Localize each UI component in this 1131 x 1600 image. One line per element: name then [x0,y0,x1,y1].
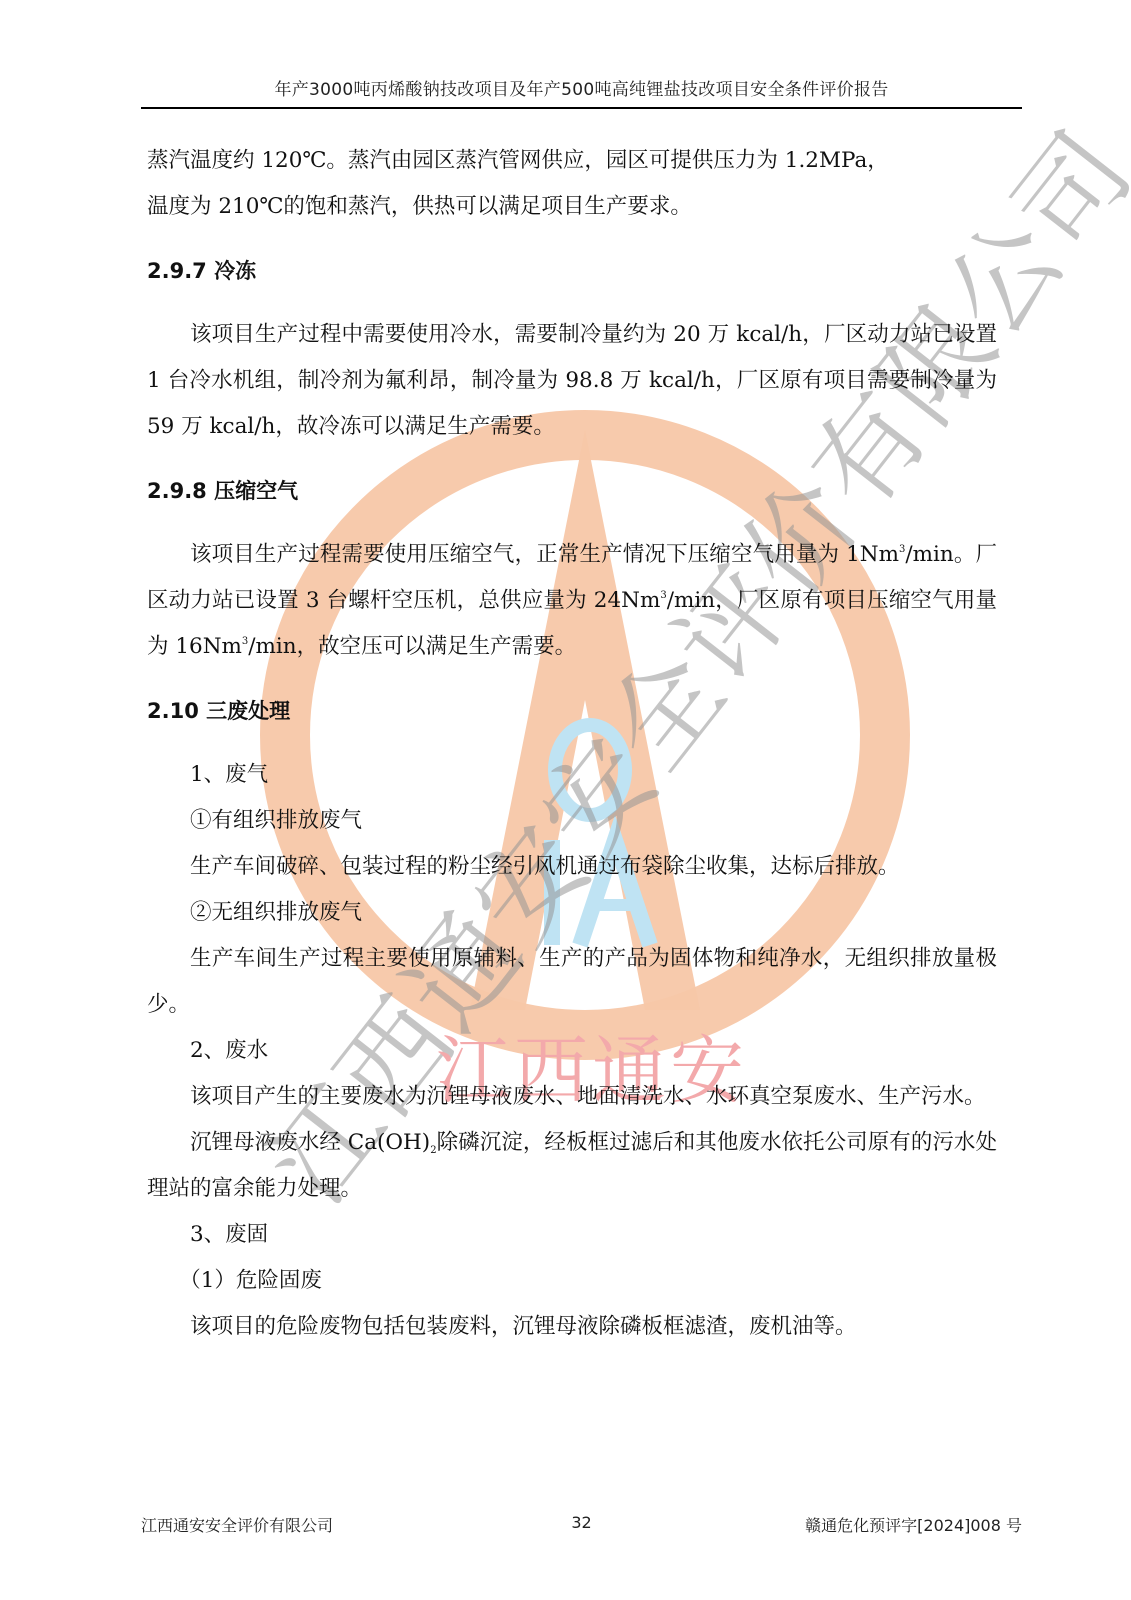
paragraph-steam-line1: 蒸汽温度约 120℃。蒸汽由园区蒸汽管网供应，园区可提供压力为 1.2MPa， [147,138,997,184]
section-heading-2-10: 2.10 三废处理 [147,688,997,734]
report-title: 年产3000吨丙烯酸钠技改项目及年产500吨高纯锂盐技改项目安全条件评价报告 [141,76,1022,104]
list-item-hazardous-solid-waste: （1）危险固废 [147,1258,997,1304]
text-run: 沉锂母液废水经 Ca(OH) [190,1130,430,1155]
section-heading-2-9-7: 2.9.7 冷冻 [147,248,997,294]
paragraph-hazardous-solid-waste: 该项目的危险废物包括包装废料，沉锂母液除磷板框滤渣，废机油等。 [147,1304,997,1350]
text-run: /min，故空压可以满足生产需要。 [248,634,576,659]
text-run: 该项目生产过程需要使用压缩空气，正常生产情况下压缩空气用量为 1Nm [190,542,899,567]
page-header: 年产3000吨丙烯酸钠技改项目及年产500吨高纯锂盐技改项目安全条件评价报告 [141,76,1022,109]
document-body: 蒸汽温度约 120℃。蒸汽由园区蒸汽管网供应，园区可提供压力为 1.2MPa， … [147,138,997,1350]
paragraph-waste-water-treatment: 沉锂母液废水经 Ca(OH)2除磷沉淀，经板框过滤后和其他废水依托公司原有的污水… [147,1120,997,1212]
list-item-solid-waste: 3、废固 [147,1212,997,1258]
paragraph-waste-water-sources: 该项目产生的主要废水为沉锂母液废水、地面清洗水、水环真空泵废水、生产污水。 [147,1074,997,1120]
list-item-waste-gas: 1、废气 [147,752,997,798]
document-page: 江西通安安全评价有限公司 江西通安 年产3000吨丙烯酸钠技改项目及年产500吨… [0,0,1131,1600]
paragraph-compressed-air: 该项目生产过程需要使用压缩空气，正常生产情况下压缩空气用量为 1Nm3/min。… [147,532,997,670]
list-item-waste-water: 2、废水 [147,1028,997,1074]
paragraph-cooling: 该项目生产过程中需要使用冷水，需要制冷量约为 20 万 kcal/h，厂区动力站… [147,312,997,450]
page-footer: 江西通安安全评价有限公司 32 赣通危化预评字[2024]008 号 [141,1513,1022,1539]
list-item-organized-emission: ①有组织排放废气 [147,798,997,844]
header-divider [141,107,1022,109]
paragraph-steam-line2: 温度为 210℃的饱和蒸汽，供热可以满足项目生产要求。 [147,184,997,230]
paragraph-organized-emission: 生产车间破碎、包装过程的粉尘经引风机通过布袋除尘收集，达标后排放。 [147,844,997,890]
section-heading-2-9-8: 2.9.8 压缩空气 [147,468,997,514]
paragraph-unorganized-emission: 生产车间生产过程主要使用原辅料、生产的产品为固体物和纯净水，无组织排放量极少。 [147,936,997,1028]
document-number: 赣通危化预评字[2024]008 号 [805,1513,1022,1536]
list-item-unorganized-emission: ②无组织排放废气 [147,890,997,936]
